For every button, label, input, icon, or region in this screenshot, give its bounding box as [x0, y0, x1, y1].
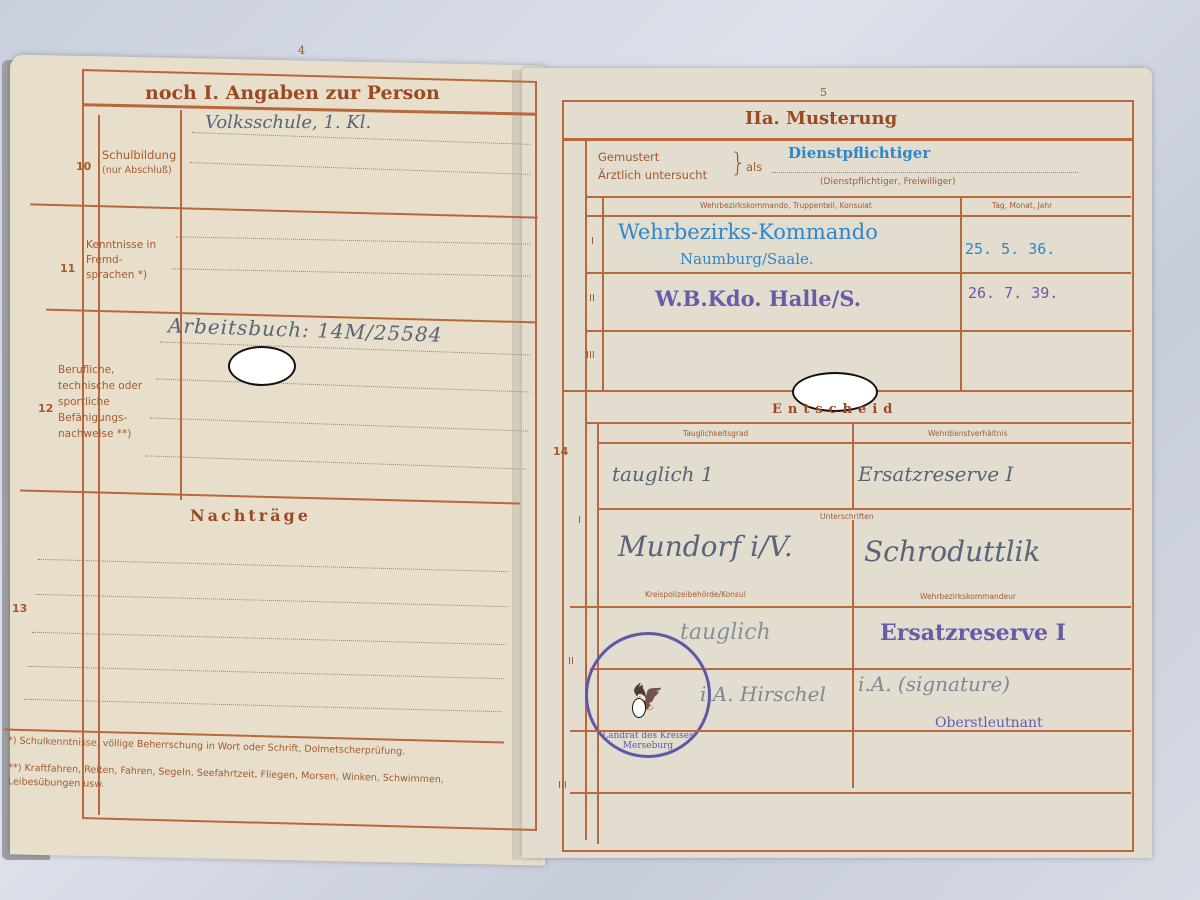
label-untersucht: Ärztlich untersucht [598, 168, 707, 182]
seal-text: Landrat des Kreises Merseburg [592, 731, 704, 751]
label-wehrbezirkskommandeur: Wehrbezirkskommandeur [920, 592, 1016, 601]
als-hint: (Dienstpflichtiger, Freiwilliger) [820, 177, 956, 187]
roman-ii: II [589, 293, 595, 304]
row-number-11: 11 [60, 262, 75, 275]
signature-right-i: Schroduttlik [864, 535, 1040, 568]
handwritten-tauglichkeit-ii: tauglich [680, 620, 771, 645]
roman-decision-i: I [578, 515, 581, 526]
handwritten-wehrdienst-i: Ersatzreserve I [858, 462, 1013, 486]
stamp-ersatzreserve: Ersatzreserve I [880, 620, 1066, 646]
row-number-10: 10 [76, 160, 91, 173]
signature-left-i: Mundorf i/V. [618, 530, 793, 563]
roman-iii: III [586, 350, 595, 361]
stamp-rank: Oberstleutnant [935, 715, 1043, 731]
col-header-wehrdienst: Wehrdienstverhältnis [928, 429, 1007, 438]
label-gemustert: Gemustert [598, 150, 659, 164]
col-header-unit: Wehrbezirkskommando, Truppenteil, Konsul… [700, 201, 872, 210]
redaction-mark-seal [632, 698, 646, 718]
right-page-header: IIa. Musterung [745, 108, 897, 129]
label-entscheid: Entscheid [772, 402, 898, 417]
brace: } [730, 148, 747, 178]
sublabel-schulbildung: (nur Abschluß) [102, 165, 172, 176]
roman-decision-ii: II [568, 656, 574, 667]
signature-left-ii: i.A. Hirschel [700, 682, 826, 706]
label-kreispolizeibehoerde: Kreispolizeibehörde/Konsul [645, 590, 746, 599]
label-schulbildung: Schulbildung [102, 148, 178, 162]
handwritten-tauglichkeit-i: tauglich 1 [612, 462, 714, 486]
stamp-naumburg: Naumburg/Saale. [680, 250, 814, 268]
redaction-mark [228, 346, 296, 386]
page-number-right: 5 [820, 86, 827, 99]
col-header-date: Tag, Monat, Jahr [992, 201, 1052, 210]
date-entry-ii: 26. 7. 39. [968, 284, 1058, 302]
page-number-left: 4 [298, 44, 305, 57]
roman-i: I [591, 236, 594, 247]
left-page-header: noch I. Angaben zur Person [145, 82, 440, 104]
official-seal: 🦅 Landrat des Kreises Merseburg [585, 632, 711, 758]
roman-decision-iii: III [558, 780, 567, 791]
signature-right-ii: i.A. (signature) [858, 672, 1010, 696]
label-nachtraege: Nachträge [190, 506, 311, 525]
left-form-frame [82, 69, 537, 831]
section-number-14: 14 [553, 445, 568, 458]
stamp-halle: W.B.Kdo. Halle/S. [655, 286, 861, 311]
row-number-12: 12 [38, 402, 53, 415]
row-number-13: 13 [12, 602, 27, 615]
stamp-wehrbezirkskommando: Wehrbezirks-Kommando [618, 220, 878, 244]
handwritten-schulbildung: Volksschule, 1. Kl. [205, 112, 371, 133]
label-als: als [746, 160, 762, 174]
eagle-icon: 🦅 [588, 683, 708, 713]
label-unterschriften: Unterschriften [820, 512, 874, 521]
label-fremdsprachen: Kenntnisse in Fremd-sprachen *) [86, 238, 166, 283]
stamp-dienstpflichtiger: Dienstpflichtiger [788, 144, 930, 162]
col-header-tauglichkeit: Tauglichkeitsgrad [683, 429, 748, 438]
label-befaehigungsnachweise: Berufliche, technische oder sportliche B… [58, 362, 148, 442]
date-entry-i: 25. 5. 36. [965, 240, 1055, 258]
